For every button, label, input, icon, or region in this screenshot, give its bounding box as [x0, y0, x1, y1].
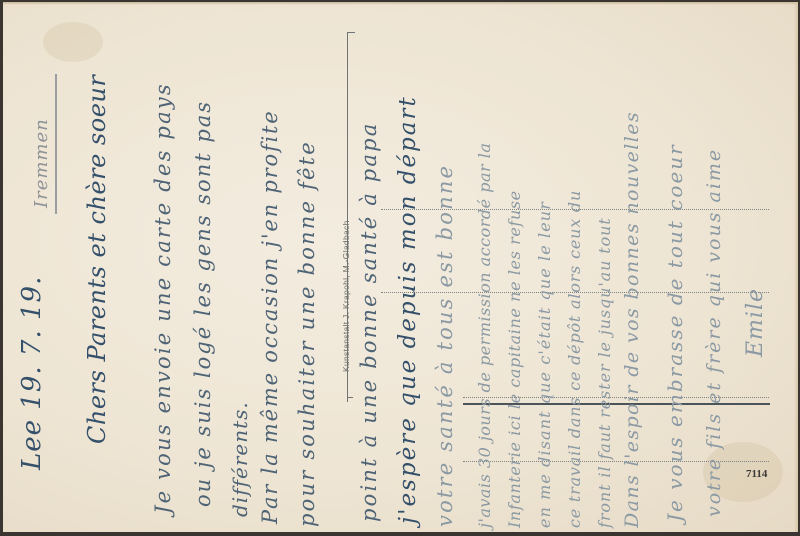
- handwritten-line: front il faut rester le jusqu'au tout: [595, 217, 614, 528]
- handwritten-signature: Emile: [743, 288, 768, 357]
- handwritten-line: différents.: [228, 401, 252, 517]
- handwritten-line: Infanterie ici le capitaine ne les refus…: [505, 190, 524, 528]
- handwritten-line: point à une bonne santé à papa: [357, 121, 381, 522]
- handwritten-closing: votre fils et frère qui vous aime: [703, 148, 725, 517]
- paper-stain: [43, 22, 103, 62]
- handwritten-line: votre santé à tous est bonne: [433, 164, 457, 527]
- handwritten-line: en me disant que c'était que le leur: [535, 201, 554, 528]
- handwritten-salutation: Chers Parents et chère soeur: [83, 75, 111, 444]
- handwritten-line: Je vous envoie une carte des pays: [151, 82, 175, 514]
- handwritten-date: Lee 19. 7. 19.: [17, 276, 47, 470]
- handwritten-line: Dans l'espoir de vos bonnes nouvelles: [621, 111, 643, 528]
- handwritten-line: j'avais 30 jours de permission accordé p…: [475, 143, 494, 528]
- card-edge-right: [794, 2, 798, 532]
- divider-bottom-tick: [347, 397, 353, 398]
- handwritten-line: pour souhaiter une bonne fête: [295, 140, 319, 527]
- handwritten-line: ce travail dans ce dépôt alors ceux du: [565, 190, 584, 528]
- handwritten-place: Iremmen: [31, 118, 52, 208]
- postcard-back: Kunstanstalt J. Krapohl, M.-Gladbach 711…: [3, 2, 798, 532]
- card-number: 7114: [746, 468, 767, 480]
- handwritten-closing: Je vous embrasse de tout coeur: [663, 143, 687, 522]
- handwritten-line: ou je suis logé les gens sont pas: [191, 100, 215, 507]
- handwritten-line: Par la même occasion j'en profite: [258, 109, 282, 524]
- divider-top-tick: [347, 32, 355, 33]
- pencil-underline: [55, 74, 57, 214]
- handwritten-line: j'espère que depuis mon départ: [395, 95, 421, 524]
- card-edge-top: [3, 2, 798, 5]
